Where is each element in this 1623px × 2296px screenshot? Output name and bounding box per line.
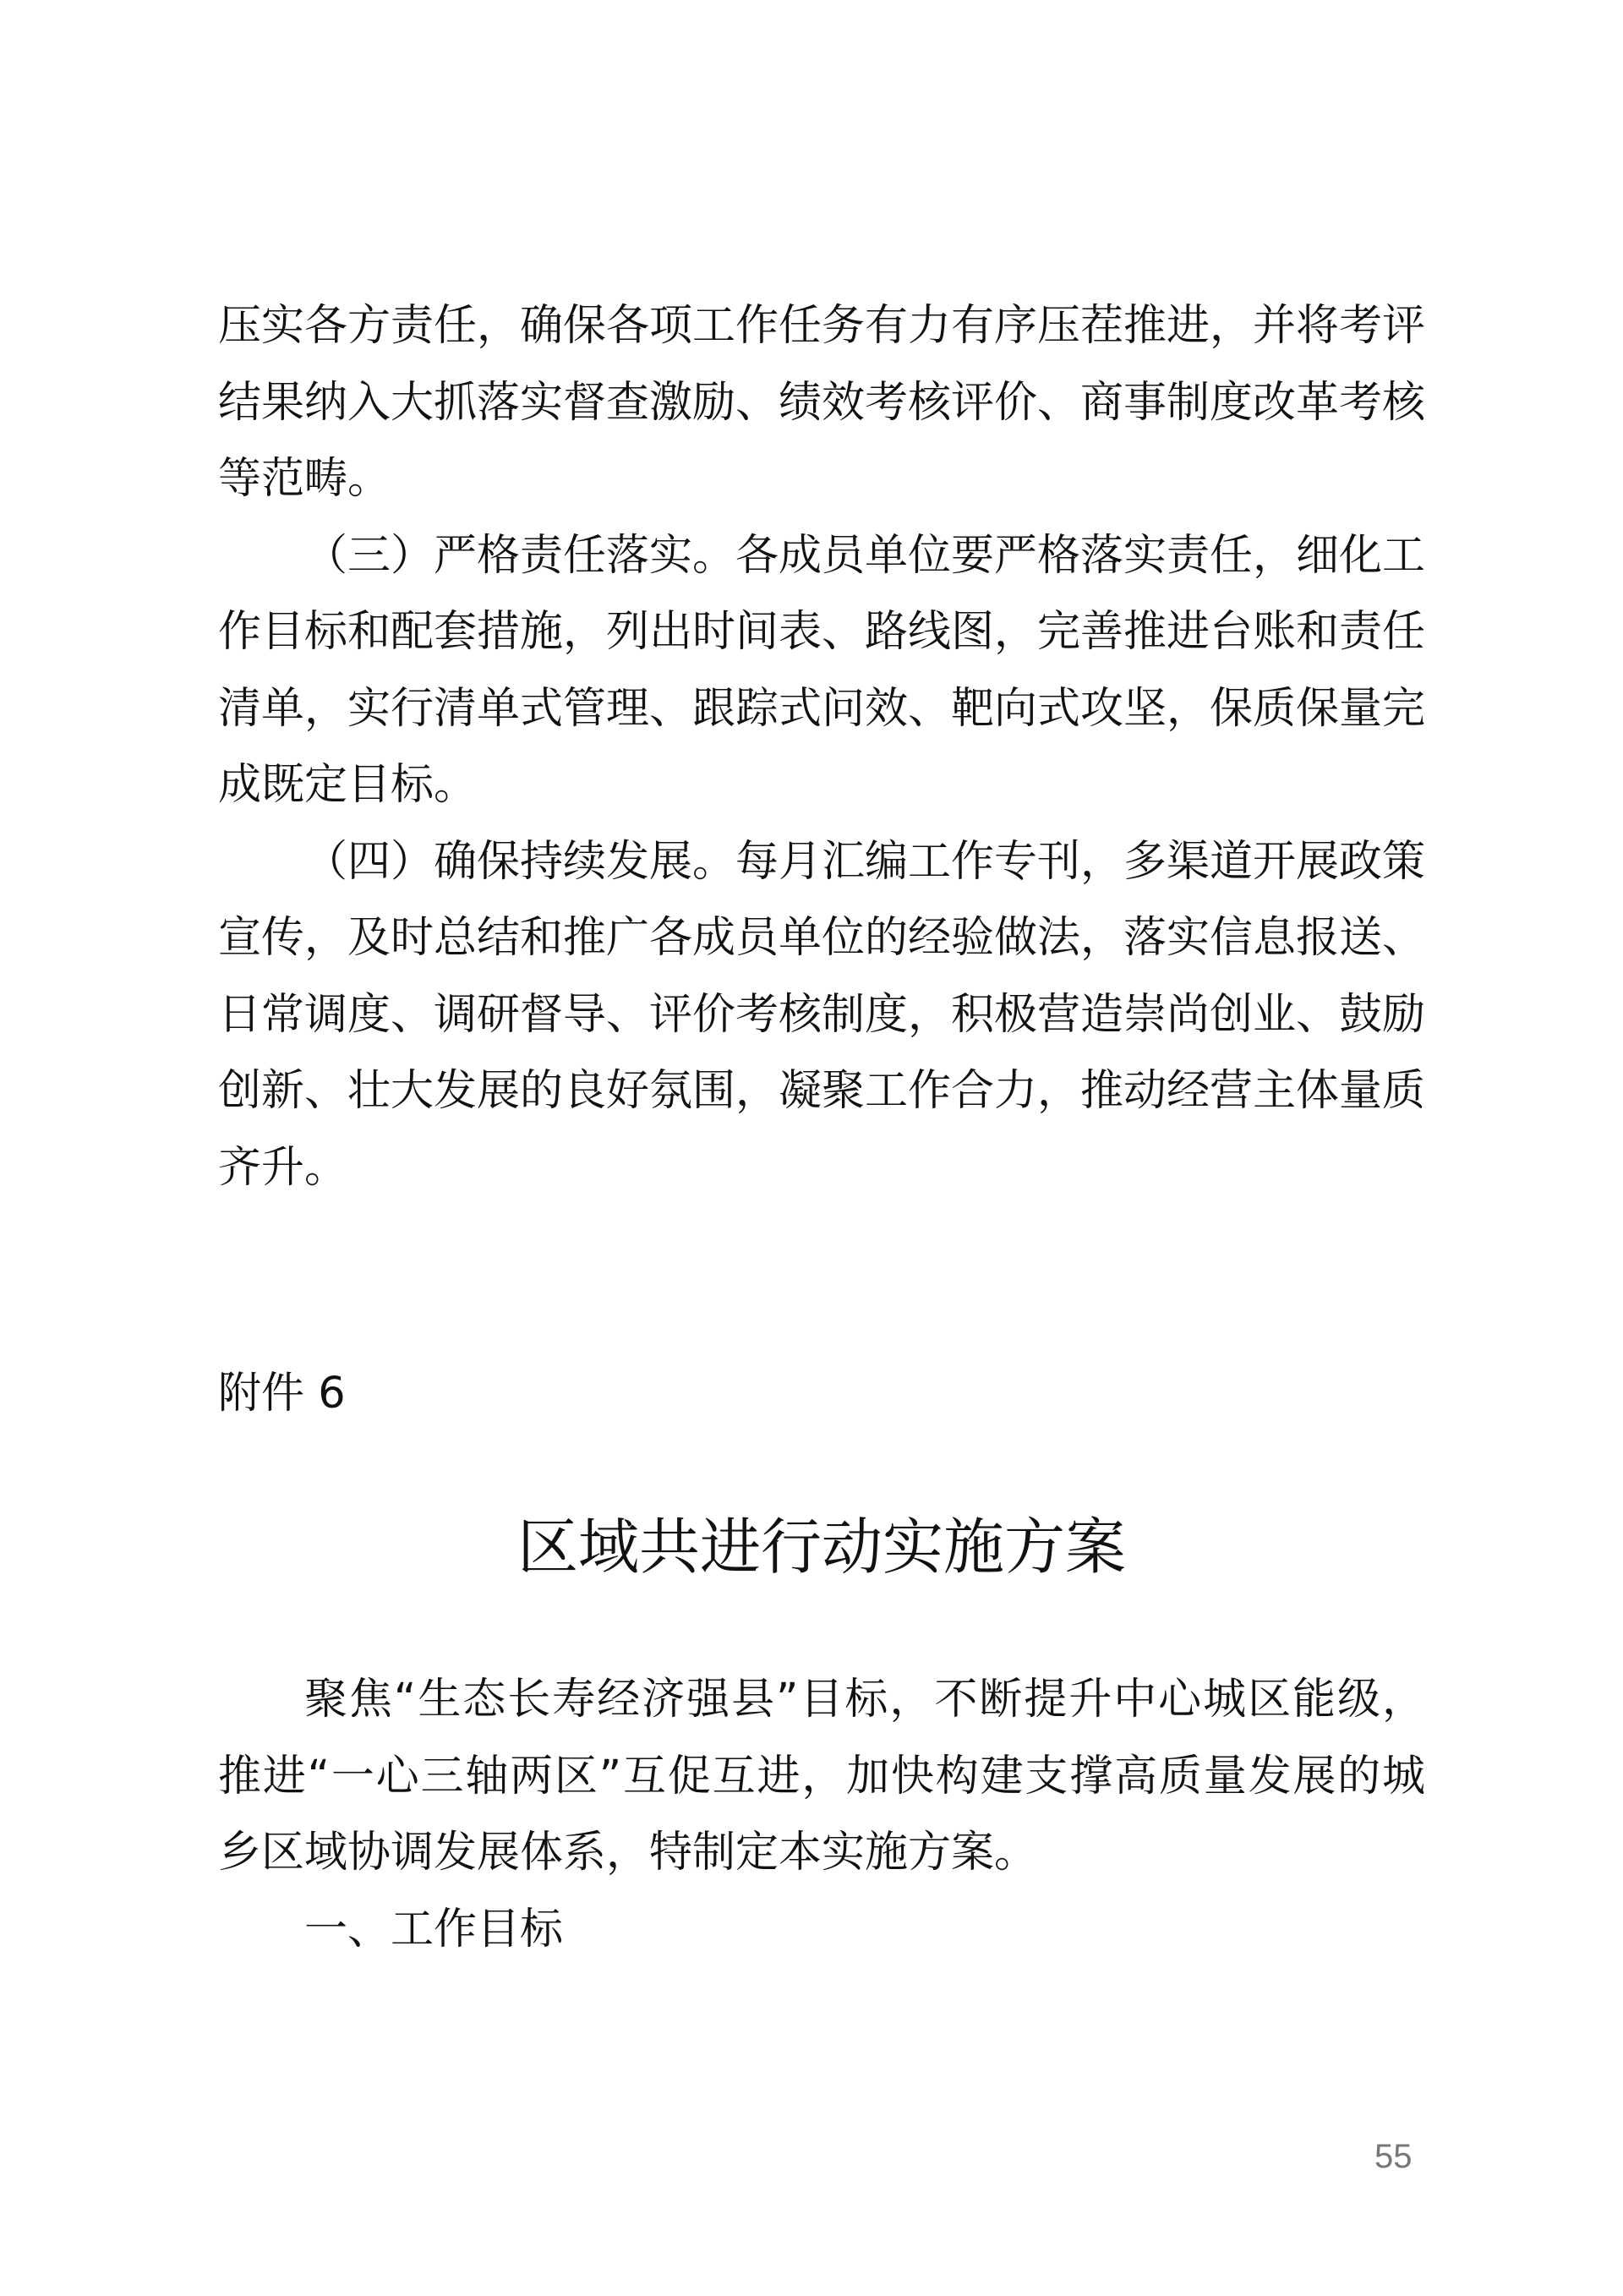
page-number: 55	[1374, 2137, 1413, 2176]
document-title: 区域共进行动实施方案	[218, 1505, 1425, 1589]
attachment-label: 附件 6	[218, 1356, 346, 1432]
document-page: 压实各方责任，确保各项工作任务有力有序压茬推进，并将考评结果纳入大抓落实督查激励…	[0, 0, 1623, 2296]
paragraph-intro: 聚焦“生态长寿经济强县”目标，不断提升中心城区能级，推进“一心三轴两区”互促互进…	[218, 1662, 1425, 1892]
top-text-block: 压实各方责任，确保各项工作任务有力有序压茬推进，并将考评结果纳入大抓落实督查激励…	[218, 288, 1425, 1206]
paragraph-continuation: 压实各方责任，确保各项工作任务有力有序压茬推进，并将考评结果纳入大抓落实督查激励…	[218, 288, 1425, 518]
paragraph-item-3: （三）严格责任落实。各成员单位要严格落实责任，细化工作目标和配套措施，列出时间表…	[218, 518, 1425, 824]
bottom-text-block: 聚焦“生态长寿经济强县”目标，不断提升中心城区能级，推进“一心三轴两区”互促互进…	[218, 1662, 1425, 1968]
paragraph-item-4: （四）确保持续发展。每月汇编工作专刊，多渠道开展政策宣传，及时总结和推广各成员单…	[218, 824, 1425, 1207]
section-heading-work-goals: 一、工作目标	[218, 1892, 1425, 1969]
